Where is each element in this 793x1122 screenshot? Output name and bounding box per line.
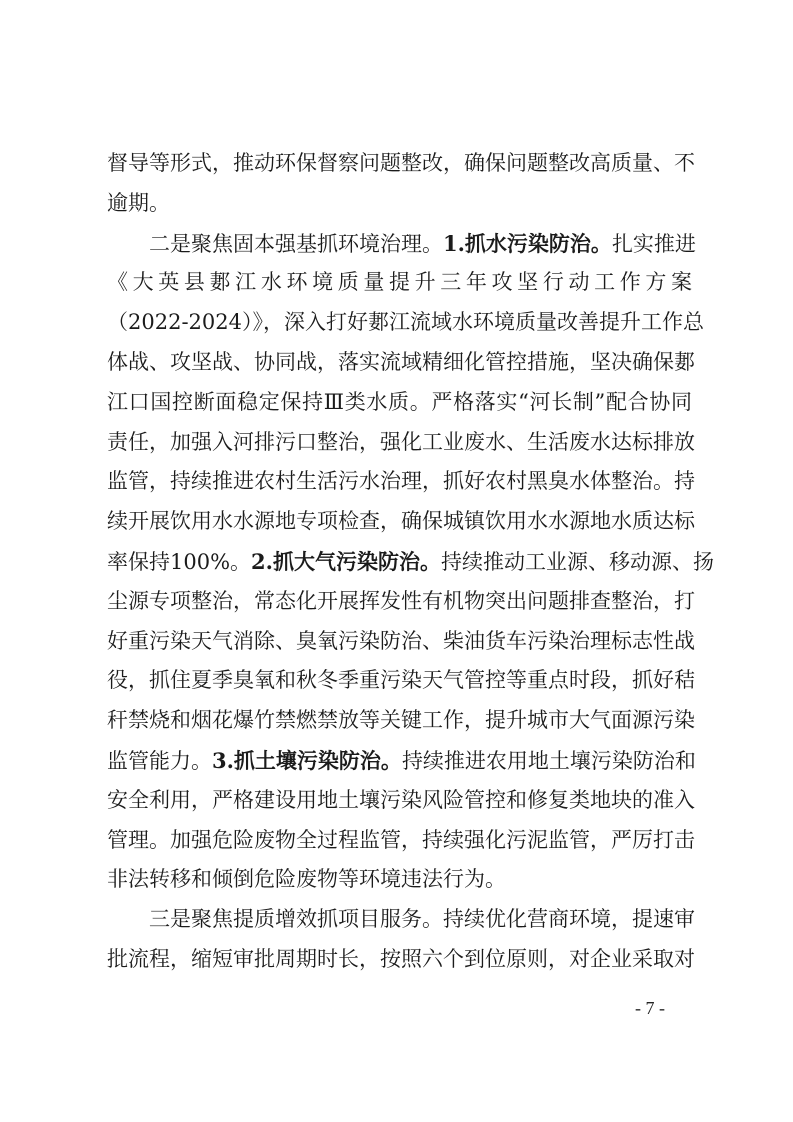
text-segment: 督导等形式，推动环保督察问题整改，确保问题整改高质量、不 bbox=[107, 151, 695, 175]
section-heading-line: 三是聚焦提质增效抓项目服务。持续优化营商环境，提速审 bbox=[107, 900, 692, 940]
text-segment: 率保持100%。 bbox=[107, 550, 251, 574]
text-line: 续开展饮用水水源地专项检查，确保城镇饮用水水源地水质达标 bbox=[107, 502, 692, 542]
document-page: 督导等形式，推动环保督察问题整改，确保问题整改高质量、不 逾期。 二是聚焦固本强… bbox=[0, 0, 793, 1122]
text-line: （2022-2024）》，深入打好郪江流域水环境质量改善提升工作总 bbox=[107, 303, 692, 343]
text-segment: 管理。加强危险废物全过程监管，持续强化污泥监管，严厉打击 bbox=[107, 828, 695, 852]
text-line: 役，抓住夏季臭氧和秋冬季重污染天气管控等重点时段，抓好秸 bbox=[107, 661, 692, 701]
text-segment: 批流程，缩短审批周期时长，按照六个到位原则，对企业采取对 bbox=[107, 947, 695, 971]
text-line: 非法转移和倾倒危险废物等环境违法行为。 bbox=[107, 860, 692, 900]
text-segment: （2022-2024）》，深入打好郪江流域水环境质量改善提升工作总 bbox=[107, 310, 704, 334]
text-segment: 秆禁烧和烟花爆竹禁燃禁放等关键工作，提升城市大气面源污染 bbox=[107, 708, 695, 732]
text-segment: 《大英县郪江水环境质量提升三年攻坚行动工作方案 bbox=[107, 270, 692, 294]
text-line: 安全利用，严格建设用地土壤污染风险管控和修复类地块的准入 bbox=[107, 781, 692, 821]
section-heading-line: 二是聚焦固本强基抓环境治理。1.抓水污染防治。扎实推进 bbox=[107, 224, 692, 264]
text-segment: 尘源专项整治，常态化开展挥发性有机物突出问题排查整治，打 bbox=[107, 589, 695, 613]
text-segment: 体战、攻坚战、协同战，落实流域精细化管控措施，坚决确保郪 bbox=[107, 350, 695, 374]
text-segment: 江口国控断面稳定保持Ⅲ类水质。严格落实“河长制”配合协同 bbox=[107, 390, 692, 414]
text-segment: 持续推动工业源、移动源、扬 bbox=[441, 550, 714, 574]
text-line: 好重污染天气消除、臭氧污染防治、柴油货车污染治理标志性战 bbox=[107, 622, 692, 662]
page-number: - 7 - bbox=[620, 996, 680, 1020]
text-segment: 扎实推进 bbox=[612, 232, 696, 256]
section-heading: 二是聚焦固本强基抓环境治理。 bbox=[149, 232, 443, 256]
text-line: 批流程，缩短审批周期时长，按照六个到位原则，对企业采取对 bbox=[107, 940, 692, 980]
section-heading: 三是聚焦提质增效抓项目服务。 bbox=[149, 907, 443, 931]
text-line: 《大英县郪江水环境质量提升三年攻坚行动工作方案 bbox=[107, 263, 692, 303]
text-line: 监管，持续推进农村生活污水治理，抓好农村黑臭水体整治。持 bbox=[107, 462, 692, 502]
text-line: 率保持100%。2.抓大气污染防治。持续推动工业源、移动源、扬 bbox=[107, 542, 692, 582]
text-segment: 役，抓住夏季臭氧和秋冬季重污染天气管控等重点时段，抓好秸 bbox=[107, 668, 695, 692]
body-text: 督导等形式，推动环保督察问题整改，确保问题整改高质量、不 逾期。 二是聚焦固本强… bbox=[107, 144, 692, 980]
text-segment: 逾期。 bbox=[107, 191, 170, 215]
text-line: 逾期。 bbox=[107, 184, 692, 224]
text-segment: 持续推进农用地土壤污染防治和 bbox=[402, 749, 696, 773]
subsection-heading: 1.抓水污染防治。 bbox=[443, 231, 612, 256]
text-segment: 非法转移和倾倒危险废物等环境违法行为。 bbox=[107, 867, 506, 891]
text-line: 秆禁烧和烟花爆竹禁燃禁放等关键工作，提升城市大气面源污染 bbox=[107, 701, 692, 741]
text-segment: 监管能力。 bbox=[107, 749, 212, 773]
text-line: 管理。加强危险废物全过程监管，持续强化污泥监管，严厉打击 bbox=[107, 821, 692, 861]
text-line: 体战、攻坚战、协同战，落实流域精细化管控措施，坚决确保郪 bbox=[107, 343, 692, 383]
text-segment: 安全利用，严格建设用地土壤污染风险管控和修复类地块的准入 bbox=[107, 788, 695, 812]
text-line: 江口国控断面稳定保持Ⅲ类水质。严格落实“河长制”配合协同 bbox=[107, 383, 692, 423]
text-segment: 责任，加强入河排污口整治，强化工业废水、生活废水达标排放 bbox=[107, 430, 695, 454]
text-segment: 续开展饮用水水源地专项检查，确保城镇饮用水水源地水质达标 bbox=[107, 509, 695, 533]
subsection-heading: 2.抓大气污染防治。 bbox=[251, 549, 441, 574]
text-segment: 持续优化营商环境，提速审 bbox=[443, 907, 695, 931]
subsection-heading: 3.抓土壤污染防治。 bbox=[212, 748, 402, 773]
text-segment: 监管，持续推进农村生活污水治理，抓好农村黑臭水体整治。持 bbox=[107, 469, 695, 493]
text-line: 监管能力。3.抓土壤污染防治。持续推进农用地土壤污染防治和 bbox=[107, 741, 692, 781]
text-line: 尘源专项整治，常态化开展挥发性有机物突出问题排查整治，打 bbox=[107, 582, 692, 622]
text-segment: 好重污染天气消除、臭氧污染防治、柴油货车污染治理标志性战 bbox=[107, 629, 695, 653]
text-line: 责任，加强入河排污口整治，强化工业废水、生活废水达标排放 bbox=[107, 423, 692, 463]
text-line: 督导等形式，推动环保督察问题整改，确保问题整改高质量、不 bbox=[107, 144, 692, 184]
